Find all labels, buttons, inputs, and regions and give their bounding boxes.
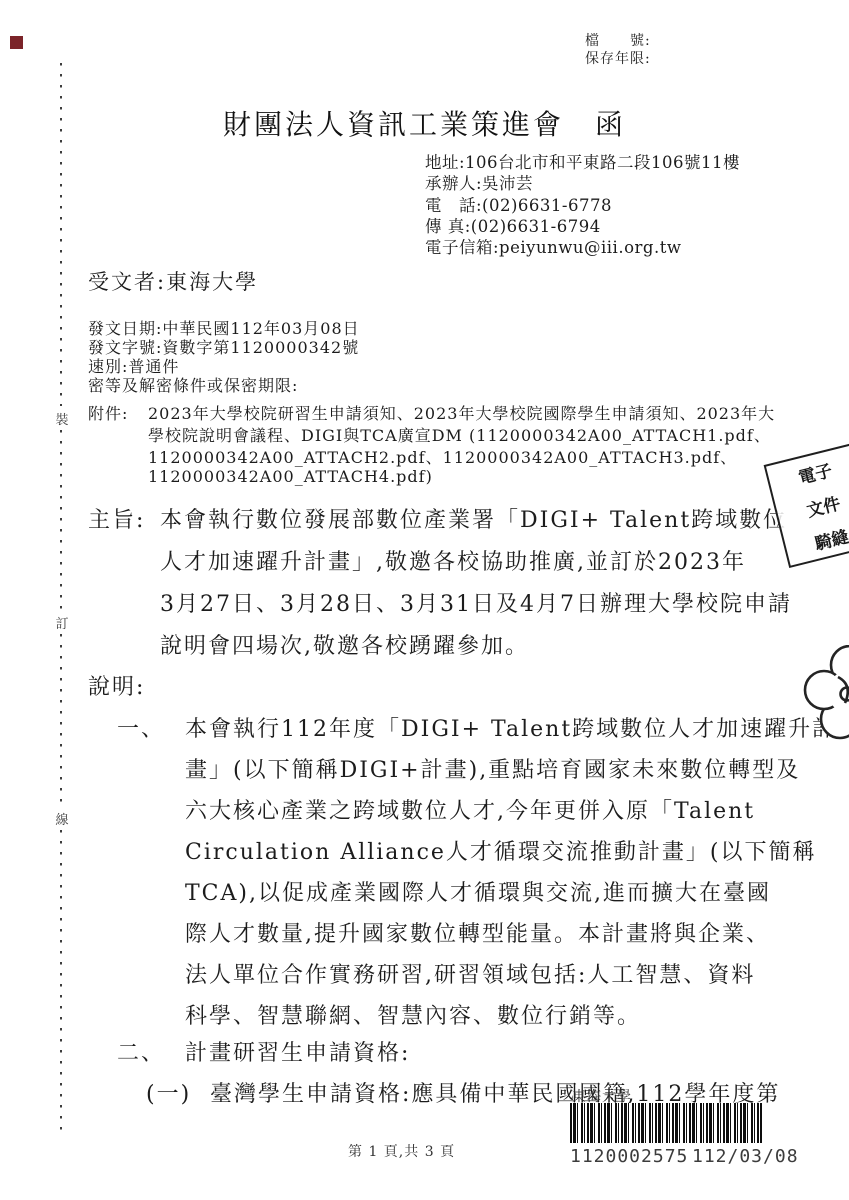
item1-line: 畫」(以下簡稱DIGI+計畫),重點培育國家未來數位轉型及 <box>185 753 800 794</box>
contact-block: 地址:106台北市和平東路二段106號11樓 承辦人:吳沛芸 電 話:(02)6… <box>425 152 740 258</box>
contact-address: 地址:106台北市和平東路二段106號11樓 <box>425 152 740 173</box>
binding-char-zhuang: 裝 <box>53 409 71 428</box>
attachment-line: 1120000342A00_ATTACH4.pdf) <box>148 467 433 486</box>
file-number-label: 檔 號: <box>585 33 651 51</box>
attachment-line: 2023年大學校院研習生申請須知、2023年大學校院國際學生申請須知、2023年… <box>148 401 775 424</box>
item1-line: TCA),以促成產業國際人才循環與交流,進而擴大在臺國 <box>185 876 771 917</box>
item1-line: 六大核心產業之跨域數位人才,今年更併入原「Talent <box>185 794 755 835</box>
item1-line: 科學、智慧聯網、智慧內容、數位行銷等。 <box>185 999 641 1040</box>
barcode-date: 112/03/08 <box>692 1146 799 1167</box>
secrecy-line: 密等及解密條件或保密期限: <box>88 373 298 396</box>
subitem1-number: (一) <box>146 1077 191 1108</box>
contact-phone: 電 話:(02)6631-6778 <box>425 195 740 216</box>
scan-corner-mark <box>10 36 23 49</box>
subject-line: 說明會四場次,敬邀各校踴躍參加。 <box>160 629 529 670</box>
electronic-document-stamp: 電子 文件 騎縫 <box>764 442 849 568</box>
retention-label: 保存年限: <box>585 51 651 69</box>
attachment-line: 學校院說明會議程、DIGI與TCA廣宣DM (1120000342A00_ATT… <box>148 423 771 446</box>
barcode-number: 1120002575 <box>570 1146 688 1167</box>
item2-text: 計畫研習生申請資格: <box>185 1036 410 1067</box>
item2-number: 二、 <box>117 1036 165 1067</box>
binding-dotted-line <box>60 830 62 1137</box>
document-page: 裝 訂 線 檔 號: 保存年限: 財團法人資訊工業策進會 函 地址:106台北市… <box>0 0 849 1200</box>
flower-seal-icon <box>783 645 849 745</box>
description-label: 說明: <box>88 670 145 701</box>
contact-fax: 傳 真:(02)6631-6794 <box>425 216 740 237</box>
item1-line: Circulation Alliance人才循環交流推動計畫」(以下簡稱 <box>185 835 817 876</box>
binding-char-ding: 訂 <box>53 613 71 632</box>
subject-line: 3月27日、3月28日、3月31日及4月7日辦理大學校院申請 <box>160 587 792 628</box>
barcode <box>570 1103 762 1143</box>
recipient-line: 受文者:東海大學 <box>88 266 258 296</box>
subject-line: 人才加速躍升計畫」,敬邀各校協助推廣,並訂於2023年 <box>160 545 746 586</box>
binding-dotted-line <box>60 634 62 806</box>
binding-dotted-line <box>60 430 62 610</box>
item1-line: 際人才數量,提升國家數位轉型能量。本計畫將與企業、 <box>185 917 770 958</box>
subject-label: 主旨: <box>88 503 145 534</box>
contact-person: 承辦人:吳沛芸 <box>425 173 740 194</box>
item1-number: 一、 <box>117 712 165 743</box>
attachment-label: 附件: <box>88 401 128 424</box>
binding-char-xian: 線 <box>53 809 71 828</box>
archive-block: 檔 號: 保存年限: <box>585 33 651 68</box>
subject-line: 本會執行數位發展部數位產業署「DIGI+ Talent跨域數位 <box>160 503 787 544</box>
contact-email: 電子信箱:peiyunwu@iii.org.tw <box>425 237 740 258</box>
document-title: 財團法人資訊工業策進會 函 <box>0 103 849 143</box>
attachment-line: 1120000342A00_ATTACH2.pdf、1120000342A00_… <box>148 445 737 468</box>
item1-line: 法人單位合作實務研習,研習領域包括:人工智慧、資料 <box>185 958 755 999</box>
item1-line: 本會執行112年度「DIGI+ Talent跨域數位人才加速躍升計 <box>185 712 836 753</box>
page-number: 第 1 頁,共 3 頁 <box>348 1141 455 1161</box>
